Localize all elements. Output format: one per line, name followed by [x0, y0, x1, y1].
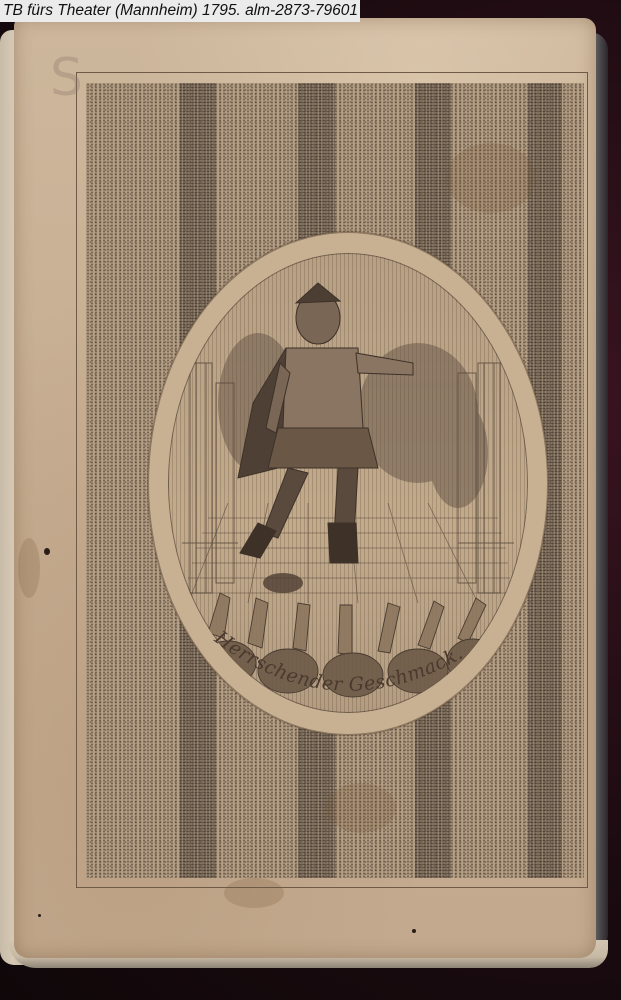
watermark-letter: S: [50, 52, 83, 104]
theater-scene-illustration: [168, 253, 528, 713]
ink-spot: [38, 914, 41, 917]
ink-spot: [412, 929, 416, 933]
stain: [446, 143, 536, 213]
book-photo: TB fürs Theater (Mannheim) 1795. alm-287…: [0, 0, 621, 1000]
image-caption: TB fürs Theater (Mannheim) 1795. alm-287…: [0, 0, 360, 22]
vignette-engraving: [168, 253, 528, 713]
stain: [18, 538, 40, 598]
ink-spot: [44, 548, 50, 555]
stain: [326, 783, 396, 833]
